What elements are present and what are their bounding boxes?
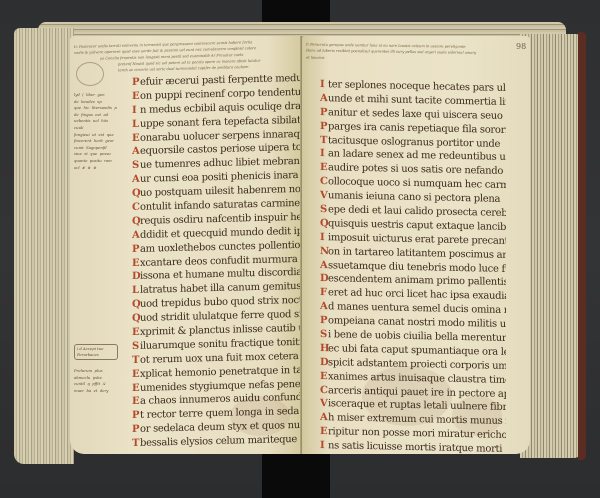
marginal-gloss-top: lyd ( liber gen de beuiles sp que hic li… bbox=[74, 92, 118, 171]
right-text-column: Iter seplones noceque hecates pars ultim… bbox=[320, 80, 506, 455]
left-page-edges bbox=[14, 28, 74, 464]
left-page: Ir. Pasiencer undis tarrati eamvenu in t… bbox=[70, 36, 302, 454]
text-line: Tbessalis elysios celum mariteque posa bbox=[132, 433, 300, 451]
circular-stain bbox=[76, 62, 104, 86]
leather-binding bbox=[578, 32, 586, 460]
folio-number: 98 bbox=[516, 42, 526, 51]
marginal-gloss-boxed: i d Accepi tuo Perurbaces bbox=[74, 344, 118, 360]
text-line: Ins satis licuisse mortis iratque morti bbox=[320, 439, 506, 457]
right-page: 98 Ir Perscruta gerepus unde uenitur lun… bbox=[302, 36, 530, 454]
header-note-line: et lunaros bbox=[306, 56, 366, 62]
marginal-gloss-bottom: Prelurum plus abmoclu psbe cuntil q pffi… bbox=[74, 368, 118, 394]
open-manuscript: Ir. Pasiencer undis tarrati eamvenu in t… bbox=[14, 22, 586, 474]
left-text-column: Pefuir æcerui pasti ferpentte medulle Eo… bbox=[132, 74, 300, 449]
